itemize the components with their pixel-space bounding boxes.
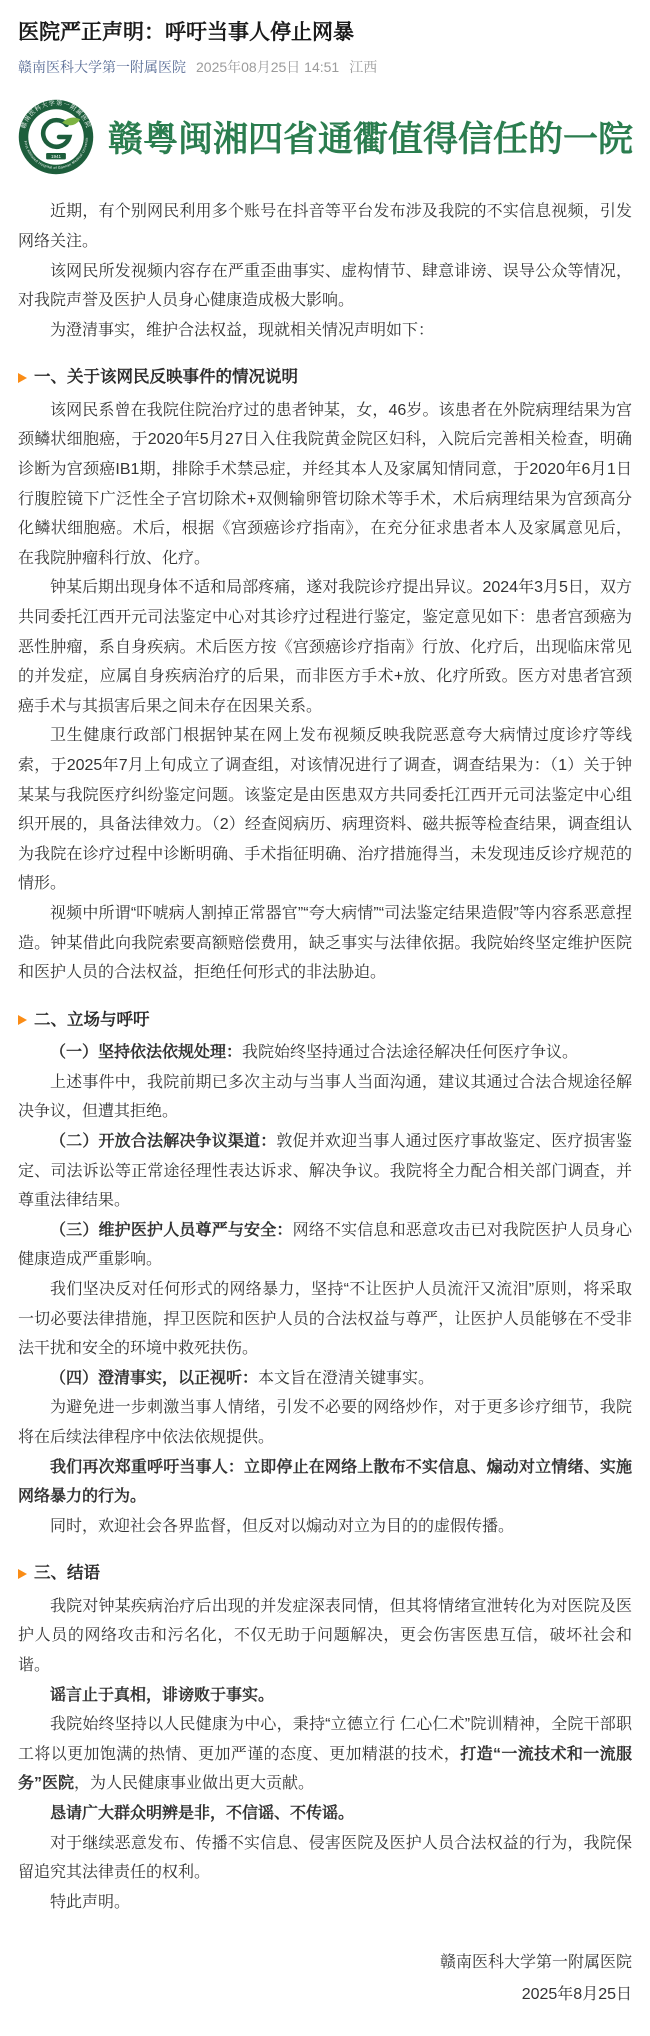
page-title: 医院严正声明：呼吁当事人停止网暴 — [18, 18, 632, 47]
logo-year: 1941 — [51, 155, 62, 160]
paragraph: 谣言止于真相，诽谤败于事实。 — [18, 1681, 632, 1711]
paragraph: 近期，有个别网民利用多个账号在抖音等平台发布涉及我院的不实信息视频，引发网络关注… — [18, 197, 632, 256]
paragraph: （一）坚持依法依规处理：我院始终坚持通过合法途径解决任何医疗争议。 — [18, 1038, 632, 1068]
account-link[interactable]: 赣南医科大学第一附属医院 — [18, 57, 186, 77]
section-marker-icon — [18, 1569, 27, 1579]
banner-image[interactable]: 赣南医科大学第一附属医院 First Affiliated Hospital o… — [18, 99, 632, 175]
paragraph: 我们坚决反对任何形式的网络暴力，坚持“不让医护人员流汗又流泪”原则，将采取一切必… — [18, 1275, 632, 1364]
publish-datetime: 2025年08月25日 14:51 — [196, 57, 339, 77]
paragraph: 为澄清事实，维护合法权益，现就相关情况声明如下： — [18, 316, 632, 346]
paragraph: （四）澄清事实，以正视听：本文旨在澄清关键事实。 — [18, 1364, 632, 1394]
article-footer: 赣南医科大学第一附属医院 2025年8月25日 — [18, 1947, 632, 2009]
paragraph: 该网民系曾在我院住院治疗过的患者钟某，女，46岁。该患者在外院病理结果为宫颈鳞状… — [18, 396, 632, 574]
section-title: 二、立场与呼吁 — [34, 1005, 150, 1036]
paragraph: 视频中所谓“吓唬病人割掉正常器官”“夸大病情”“司法鉴定结果造假”等内容系恶意捏… — [18, 899, 632, 988]
paragraph: 该网民所发视频内容存在严重歪曲事实、虚构情节、肆意诽谤、误导公众等情况，对我院声… — [18, 257, 632, 316]
paragraph: 卫生健康行政部门根据钟某在网上发布视频反映我院恶意夸大病情过度诊疗等线索，于20… — [18, 721, 632, 899]
paragraph: 我们再次郑重呼吁当事人：立即停止在网络上散布不实信息、煽动对立情绪、实施网络暴力… — [18, 1453, 632, 1512]
paragraph: 同时，欢迎社会各界监督，但反对以煽动对立为目的的虚假传播。 — [18, 1512, 632, 1542]
paragraph: 为避免进一步刺激当事人情绪，引发不必要的网络炒作，对于更多诊疗细节，我院将在后续… — [18, 1393, 632, 1452]
section-header: 三、结语 — [18, 1558, 632, 1589]
banner-slogan: 赣粤闽湘四省通衢值得信任的一院 — [108, 112, 633, 162]
section-marker-icon — [18, 373, 27, 383]
section-title: 三、结语 — [34, 1558, 100, 1589]
paragraph: （二）开放合法解决争议渠道：敦促并欢迎当事人通过医疗事故鉴定、医疗损害鉴定、司法… — [18, 1127, 632, 1216]
paragraph: 对于继续恶意发布、传播不实信息、侵害医院及医护人员合法权益的行为，我院保留追究其… — [18, 1829, 632, 1888]
article-page: 医院严正声明：呼吁当事人停止网暴 赣南医科大学第一附属医院 2025年08月25… — [0, 0, 650, 2036]
paragraph: （三）维护医护人员尊严与安全：网络不实信息和恶意攻击已对我院医护人员身心健康造成… — [18, 1216, 632, 1275]
paragraph: 特此声明。 — [18, 1888, 632, 1918]
section-header: 一、关于该网民反映事件的情况说明 — [18, 362, 632, 393]
section-header: 二、立场与呼吁 — [18, 1005, 632, 1036]
paragraph: 我院对钟某疾病治疗后出现的并发症深表同情，但其将情绪宣泄转化为对医院及医护人员的… — [18, 1592, 632, 1681]
article-body: 近期，有个别网民利用多个账号在抖音等平台发布涉及我院的不实信息视频，引发网络关注… — [18, 197, 632, 1917]
section-title: 一、关于该网民反映事件的情况说明 — [34, 362, 298, 393]
paragraph: 我院始终坚持以人民健康为中心，秉持“立德立行 仁心仁术”院训精神，全院干部职工将… — [18, 1710, 632, 1799]
footer-signature: 赣南医科大学第一附属医院 — [18, 1947, 632, 1978]
paragraph: 钟某后期出现身体不适和局部疼痛，遂对我院诊疗提出异议。2024年3月5日，双方共… — [18, 573, 632, 721]
section-marker-icon — [18, 1015, 27, 1025]
paragraph: 恳请广大群众明辨是非，不信谣、不传谣。 — [18, 1799, 632, 1829]
location-tag: 江西 — [349, 57, 377, 77]
paragraph: 上述事件中，我院前期已多次主动与当事人当面沟通，建议其通过合法合规途径解决争议，… — [18, 1068, 632, 1127]
hospital-logo-icon: 赣南医科大学第一附属医院 First Affiliated Hospital o… — [18, 99, 94, 175]
article-meta: 赣南医科大学第一附属医院 2025年08月25日 14:51 江西 — [18, 57, 632, 77]
footer-date: 2025年8月25日 — [18, 1979, 632, 2010]
